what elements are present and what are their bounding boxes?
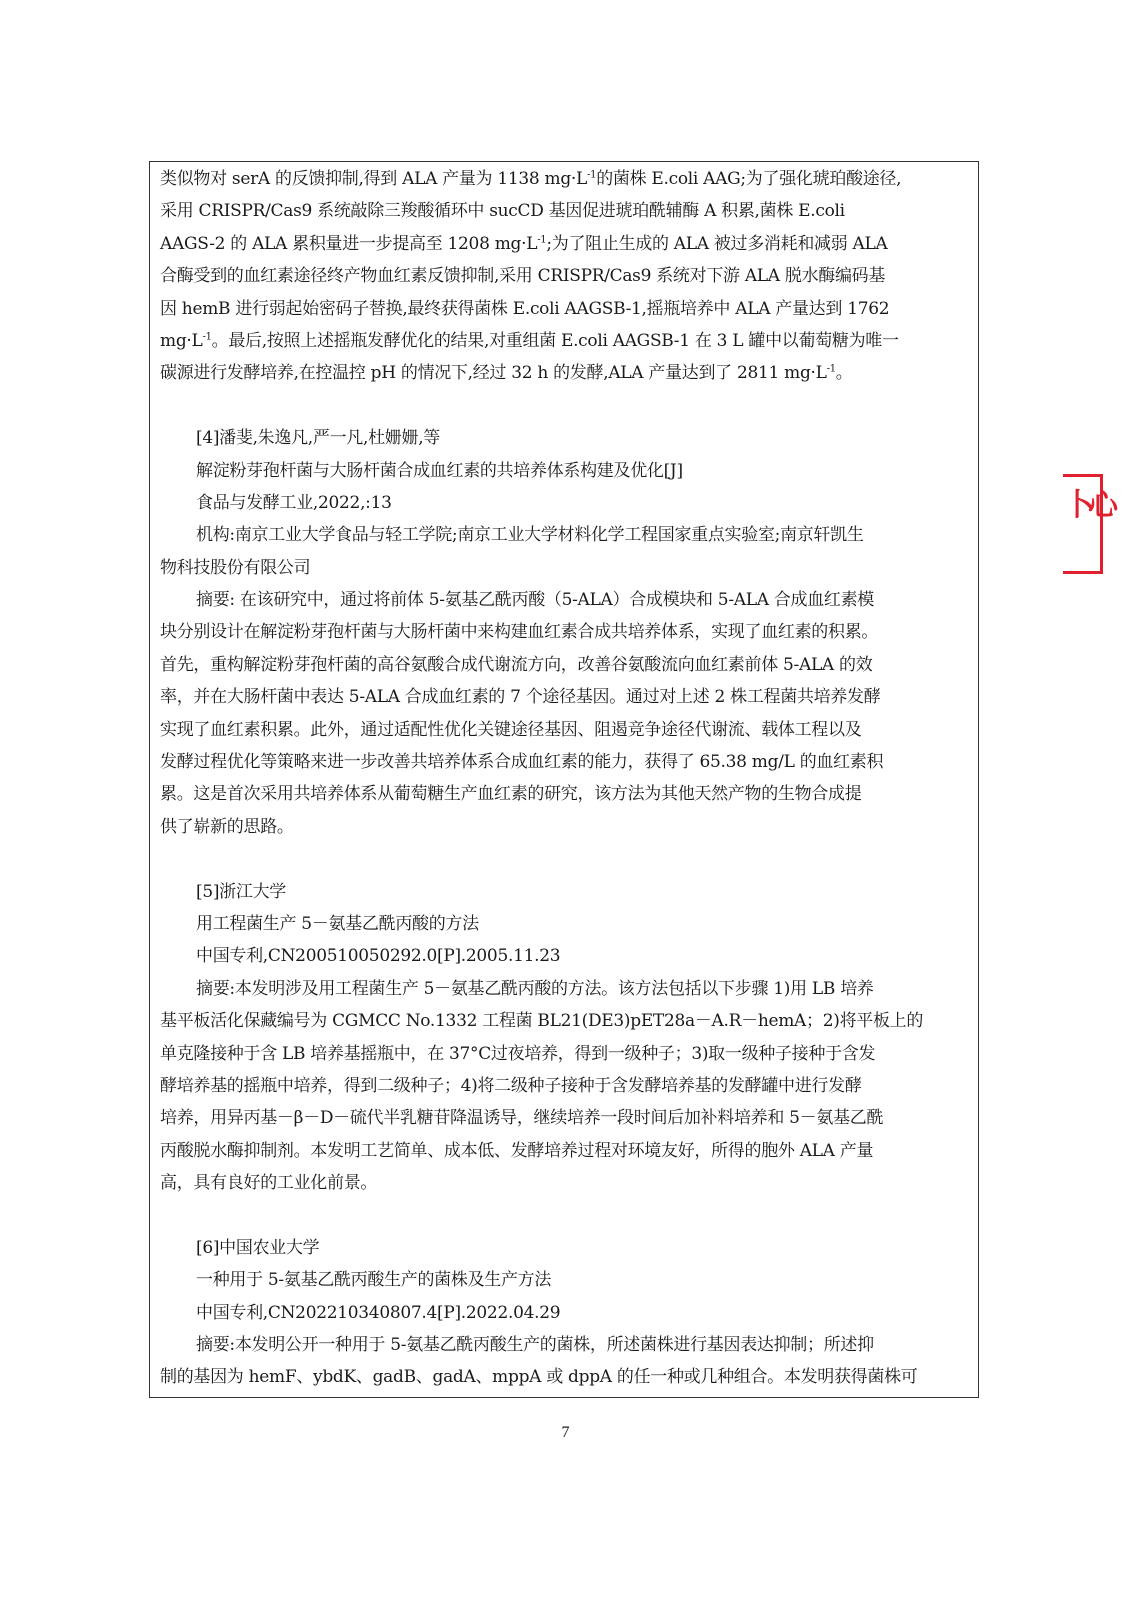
reference-institution-cont: 物科技股份有限公司 [160, 552, 956, 584]
spacer [160, 843, 956, 875]
reference-label: [4]潘斐,朱逸凡,严一凡,杜姗姗,等 [160, 422, 956, 454]
abstract-line: 丙酸脱水酶抑制剂。本发明工艺简单、成本低、发酵培养过程对环境友好，所得的胞外 A… [160, 1135, 956, 1167]
text-line: mg·L-1。最后,按照上述摇瓶发酵优化的结果,对重组菌 E.coli AAGS… [160, 325, 956, 357]
abstract-line: 发酵过程优化等策略来进一步改善共培养体系合成血红素的能力，获得了 65.38 m… [160, 746, 956, 778]
reference-title: 解淀粉芽孢杆菌与大肠杆菌合成血红素的共培养体系构建及优化[J] [160, 455, 956, 487]
text-segment: ;为了阻止生成的 ALA 被过多消耗和减弱 ALA [546, 234, 887, 254]
text-segment: 的菌株 E.coli AAG;为了强化琥珀酸途径, [596, 169, 901, 189]
abstract-line: 单克隆接种于含 LB 培养基摇瓶中，在 37°C过夜培养，得到一级种子；3)取一… [160, 1038, 956, 1070]
spacer [160, 1200, 956, 1232]
abstract-line: 制的基因为 hemF、ybdK、gadB、gadA、mppA 或 dppA 的任… [160, 1361, 956, 1393]
text-segment: 。最后,按照上述摇瓶发酵优化的结果,对重组菌 E.coli AAGSB-1 在 … [212, 331, 899, 351]
abstract-line: 培养，用异丙基－β－D－硫代半乳糖苷降温诱导，继续培养一段时间后加补料培养和 5… [160, 1102, 956, 1134]
text-segment: AAGS-2 的 ALA 累积量进一步提高至 1208 mg·L [160, 234, 537, 254]
text-segment: 。 [836, 363, 853, 383]
superscript: -1 [587, 169, 596, 180]
abstract-line: 累。这是首次采用共培养体系从葡萄糖生产血红素的研究，该方法为其他天然产物的生物合… [160, 778, 956, 810]
text-line: 碳源进行发酵培养,在控温控 pH 的情况下,经过 32 h 的发酵,ALA 产量… [160, 357, 956, 389]
reference-institution: 机构:南京工业大学食品与轻工学院;南京工业大学材料化学工程国家重点实验室;南京轩… [160, 519, 956, 551]
superscript: -1 [203, 331, 212, 342]
reference-label: [6]中国农业大学 [160, 1232, 956, 1264]
seal-text: 卜心 [1064, 480, 1112, 524]
abstract-line: 供了崭新的思路。 [160, 811, 956, 843]
reference-source: 食品与发酵工业,2022,:13 [160, 487, 956, 519]
abstract-line: 首先，重构解淀粉芽孢杆菌的高谷氨酸合成代谢流方向，改善谷氨酸流向血红素前体 5-… [160, 649, 956, 681]
abstract-line: 摘要: 在该研究中，通过将前体 5-氨基乙酰丙酸（5-ALA）合成模块和 5-A… [160, 584, 956, 616]
reference-entry-5: [5]浙江大学 用工程菌生产 5－氨基乙酰丙酸的方法 中国专利,CN200510… [160, 876, 956, 1200]
text-segment: 类似物对 serA 的反馈抑制,得到 ALA 产量为 1138 mg·L [160, 169, 587, 189]
abstract-line: 高，具有良好的工业化前景。 [160, 1167, 956, 1199]
text-line: 因 hemB 进行弱起始密码子替换,最终获得菌株 E.coli AAGSB-1,… [160, 293, 956, 325]
superscript: -1 [827, 364, 836, 375]
reference-title: 用工程菌生产 5－氨基乙酰丙酸的方法 [160, 908, 956, 940]
text-segment: mg·L [160, 331, 203, 351]
text-line: AAGS-2 的 ALA 累积量进一步提高至 1208 mg·L-1;为了阻止生… [160, 228, 956, 260]
abstract-line: 实现了血红素积累。此外，通过适配性优化关键途径基因、阻遏竞争途径代谢流、载体工程… [160, 714, 956, 746]
abstract-line: 酵培养基的摇瓶中培养，得到二级种子；4)将二级种子接种于含发酵培养基的发酵罐中进… [160, 1070, 956, 1102]
reference-source: 中国专利,CN202210340807.4[P].2022.04.29 [160, 1297, 956, 1329]
continuation-paragraph: 类似物对 serA 的反馈抑制,得到 ALA 产量为 1138 mg·L-1的菌… [160, 163, 956, 390]
reference-entry-4: [4]潘斐,朱逸凡,严一凡,杜姗姗,等 解淀粉芽孢杆菌与大肠杆菌合成血红素的共培… [160, 422, 956, 843]
document-content: 类似物对 serA 的反馈抑制,得到 ALA 产量为 1138 mg·L-1的菌… [160, 163, 956, 1394]
text-segment: 碳源进行发酵培养,在控温控 pH 的情况下,经过 32 h 的发酵,ALA 产量… [160, 363, 827, 383]
abstract-line: 块分别设计在解淀粉芽孢杆菌与大肠杆菌中来构建血红素合成共培养体系，实现了血红素的… [160, 616, 956, 648]
page-number: 7 [0, 1424, 1131, 1442]
abstract-line: 基平板活化保藏编号为 CGMCC No.1332 工程菌 BL21(DE3)pE… [160, 1005, 956, 1037]
abstract-line: 摘要:本发明公开一种用于 5-氨基乙酰丙酸生产的菌株，所述菌株进行基因表达抑制；… [160, 1329, 956, 1361]
abstract-line: 摘要:本发明涉及用工程菌生产 5－氨基乙酰丙酸的方法。该方法包括以下步骤 1)用… [160, 973, 956, 1005]
text-line: 类似物对 serA 的反馈抑制,得到 ALA 产量为 1138 mg·L-1的菌… [160, 163, 956, 195]
superscript: -1 [537, 234, 546, 245]
reference-entry-6: [6]中国农业大学 一种用于 5-氨基乙酰丙酸生产的菌株及生产方法 中国专利,C… [160, 1232, 956, 1394]
reference-label: [5]浙江大学 [160, 876, 956, 908]
reference-title: 一种用于 5-氨基乙酰丙酸生产的菌株及生产方法 [160, 1264, 956, 1296]
spacer [160, 390, 956, 422]
text-line: 合酶受到的血红素途径终产物血红素反馈抑制,采用 CRISPR/Cas9 系统对下… [160, 260, 956, 292]
abstract-line: 率，并在大肠杆菌中表达 5-ALA 合成血红素的 7 个途径基因。通过对上述 2… [160, 681, 956, 713]
text-line: 采用 CRISPR/Cas9 系统敲除三羧酸循环中 sucCD 基因促进琥珀酰辅… [160, 195, 956, 227]
reference-source: 中国专利,CN200510050292.0[P].2005.11.23 [160, 940, 956, 972]
